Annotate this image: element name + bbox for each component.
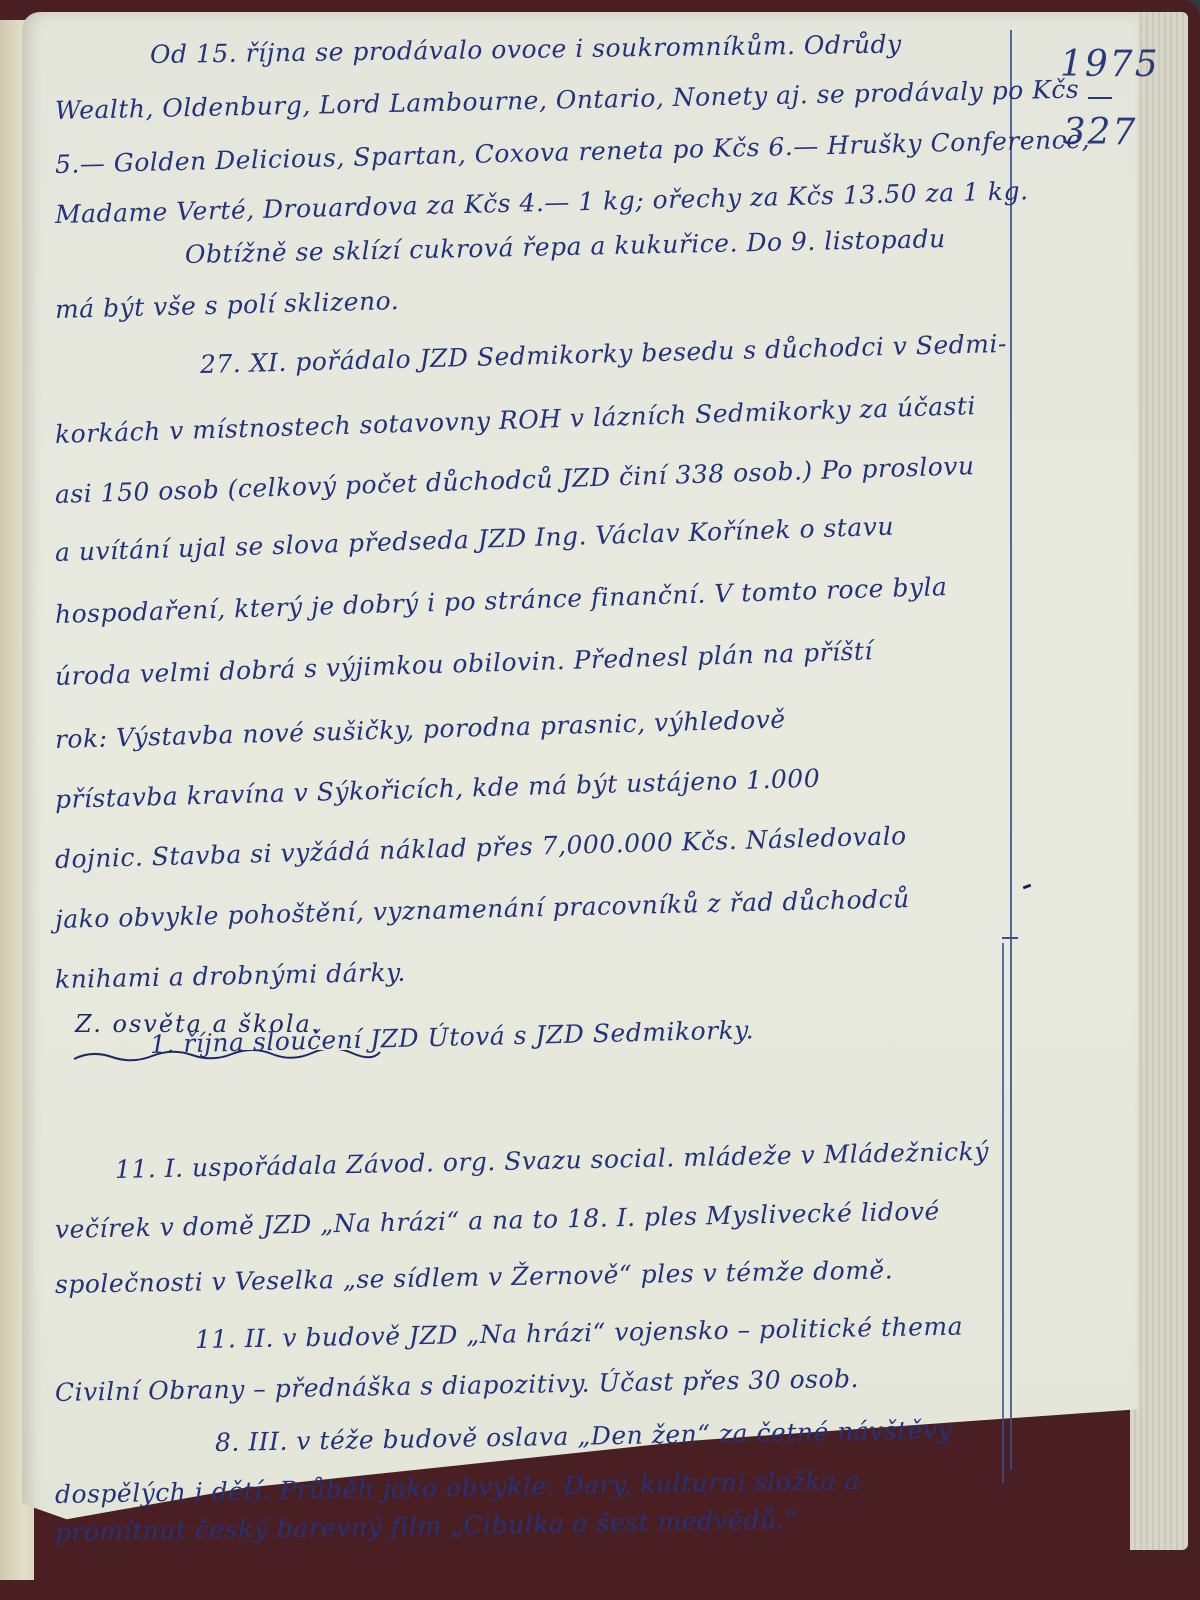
margin-rule-lower — [1002, 943, 1004, 1483]
separator-dash — [1088, 97, 1112, 99]
page-edges — [1130, 12, 1188, 1550]
photographed-book-scene: 1975 327 Od 15. října se prodávalo ovoce… — [0, 0, 1200, 1600]
section-heading: Z. osvěta a škola. — [75, 1010, 321, 1038]
margin-rule — [1010, 30, 1012, 1470]
margin-rule-hook — [1002, 937, 1018, 939]
wavy-underline — [72, 1050, 382, 1062]
